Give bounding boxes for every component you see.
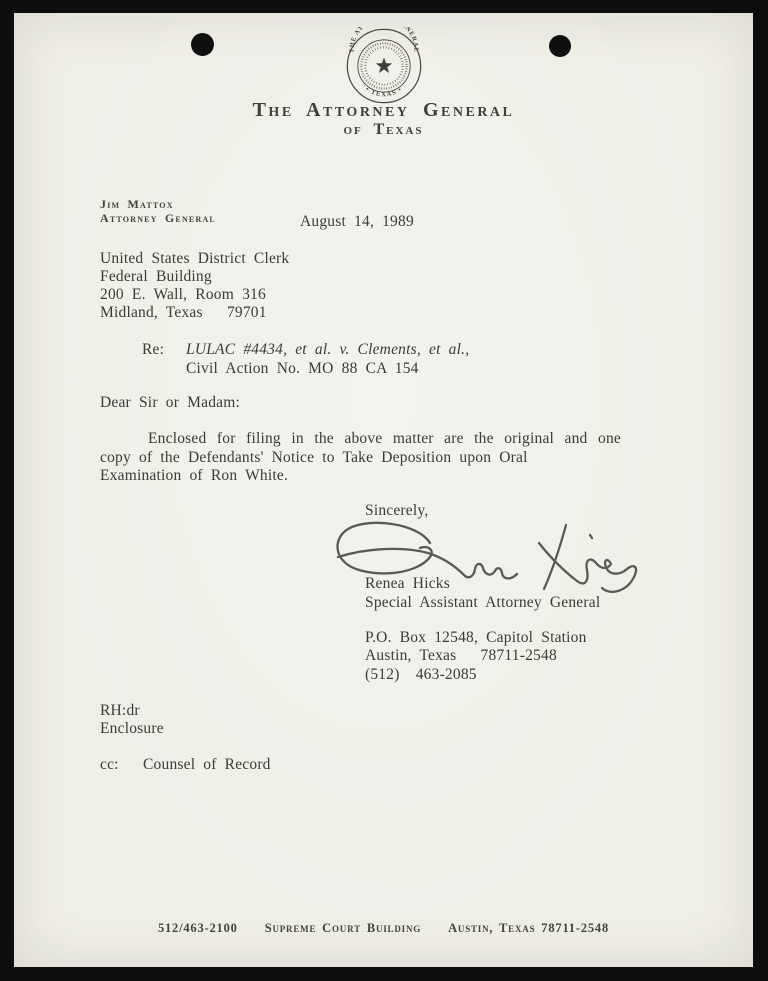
reference-block: RH:dr Enclosure xyxy=(100,702,164,739)
recipient-address: United States District Clerk Federal Bui… xyxy=(100,250,289,322)
star-icon xyxy=(376,57,392,73)
document-background: { "colors":{ "background":"#0d0d0d", "pa… xyxy=(0,0,768,981)
body-line: copy of the Defendants' Notice to Take D… xyxy=(100,449,621,468)
enclosure-note: Enclosure xyxy=(100,720,164,738)
signature-stroke xyxy=(338,549,517,579)
letterhead-title-line2: of Texas xyxy=(14,121,753,138)
hole-punch-left xyxy=(191,33,214,56)
official-block: Jim Mattox Attorney General xyxy=(100,197,216,225)
salutation: Dear Sir or Madam: xyxy=(100,394,240,413)
hole-punch-right xyxy=(549,35,571,57)
footer-address: Austin, Texas 78711-2548 xyxy=(448,921,609,936)
signer-address-line: Austin, Texas 78711-2548 xyxy=(365,647,587,665)
recipient-line: Midland, Texas 79701 xyxy=(100,304,289,322)
signer-name: Renea Hicks xyxy=(365,575,450,594)
page-footer: 512/463-2100 Supreme Court Building Aust… xyxy=(14,921,753,936)
recipient-line: 200 E. Wall, Room 316 xyxy=(100,286,289,304)
signer-address-line: (512) 463-2085 xyxy=(365,666,587,684)
texas-attorney-general-seal: THE ATTORNEY GENERAL • TEXAS • xyxy=(345,27,423,105)
body-line: Enclosed for filing in the above matter … xyxy=(100,430,621,449)
letterhead-title: The Attorney General of Texas xyxy=(14,101,753,138)
official-title: Attorney General xyxy=(100,211,216,225)
re-case-number: Civil Action No. MO 88 CA 154 xyxy=(186,360,469,379)
recipient-line: Federal Building xyxy=(100,268,289,286)
footer-phone: 512/463-2100 xyxy=(158,921,238,936)
official-name: Jim Mattox xyxy=(100,197,216,211)
re-content: LULAC #4434, et al. v. Clements, et al.,… xyxy=(186,341,469,378)
signer-title: Special Assistant Attorney General xyxy=(365,594,600,613)
re-line: Re: LULAC #4434, et al. v. Clements, et … xyxy=(142,341,469,378)
re-label: Re: xyxy=(142,341,186,378)
re-case-name: LULAC #4434, et al. v. Clements, et al., xyxy=(186,341,469,360)
letterhead-title-line1: The Attorney General xyxy=(14,101,753,120)
footer-building: Supreme Court Building xyxy=(265,921,421,936)
cc-label: cc: xyxy=(100,756,143,775)
signature-stroke xyxy=(590,535,592,538)
body-line: Examination of Ron White. xyxy=(100,467,621,486)
signer-address-line: P.O. Box 12548, Capitol Station xyxy=(365,629,587,647)
reference-initials: RH:dr xyxy=(100,702,164,720)
body-paragraph: Enclosed for filing in the above matter … xyxy=(100,430,621,486)
signer-address: P.O. Box 12548, Capitol Station Austin, … xyxy=(365,629,587,684)
letter-date: August 14, 1989 xyxy=(300,213,414,232)
cc-line: cc: Counsel of Record xyxy=(100,756,271,775)
cc-value: Counsel of Record xyxy=(143,756,271,775)
signature-stroke xyxy=(544,525,566,589)
letter-page: THE ATTORNEY GENERAL • TEXAS • The Attor… xyxy=(14,13,753,967)
recipient-line: United States District Clerk xyxy=(100,250,289,268)
